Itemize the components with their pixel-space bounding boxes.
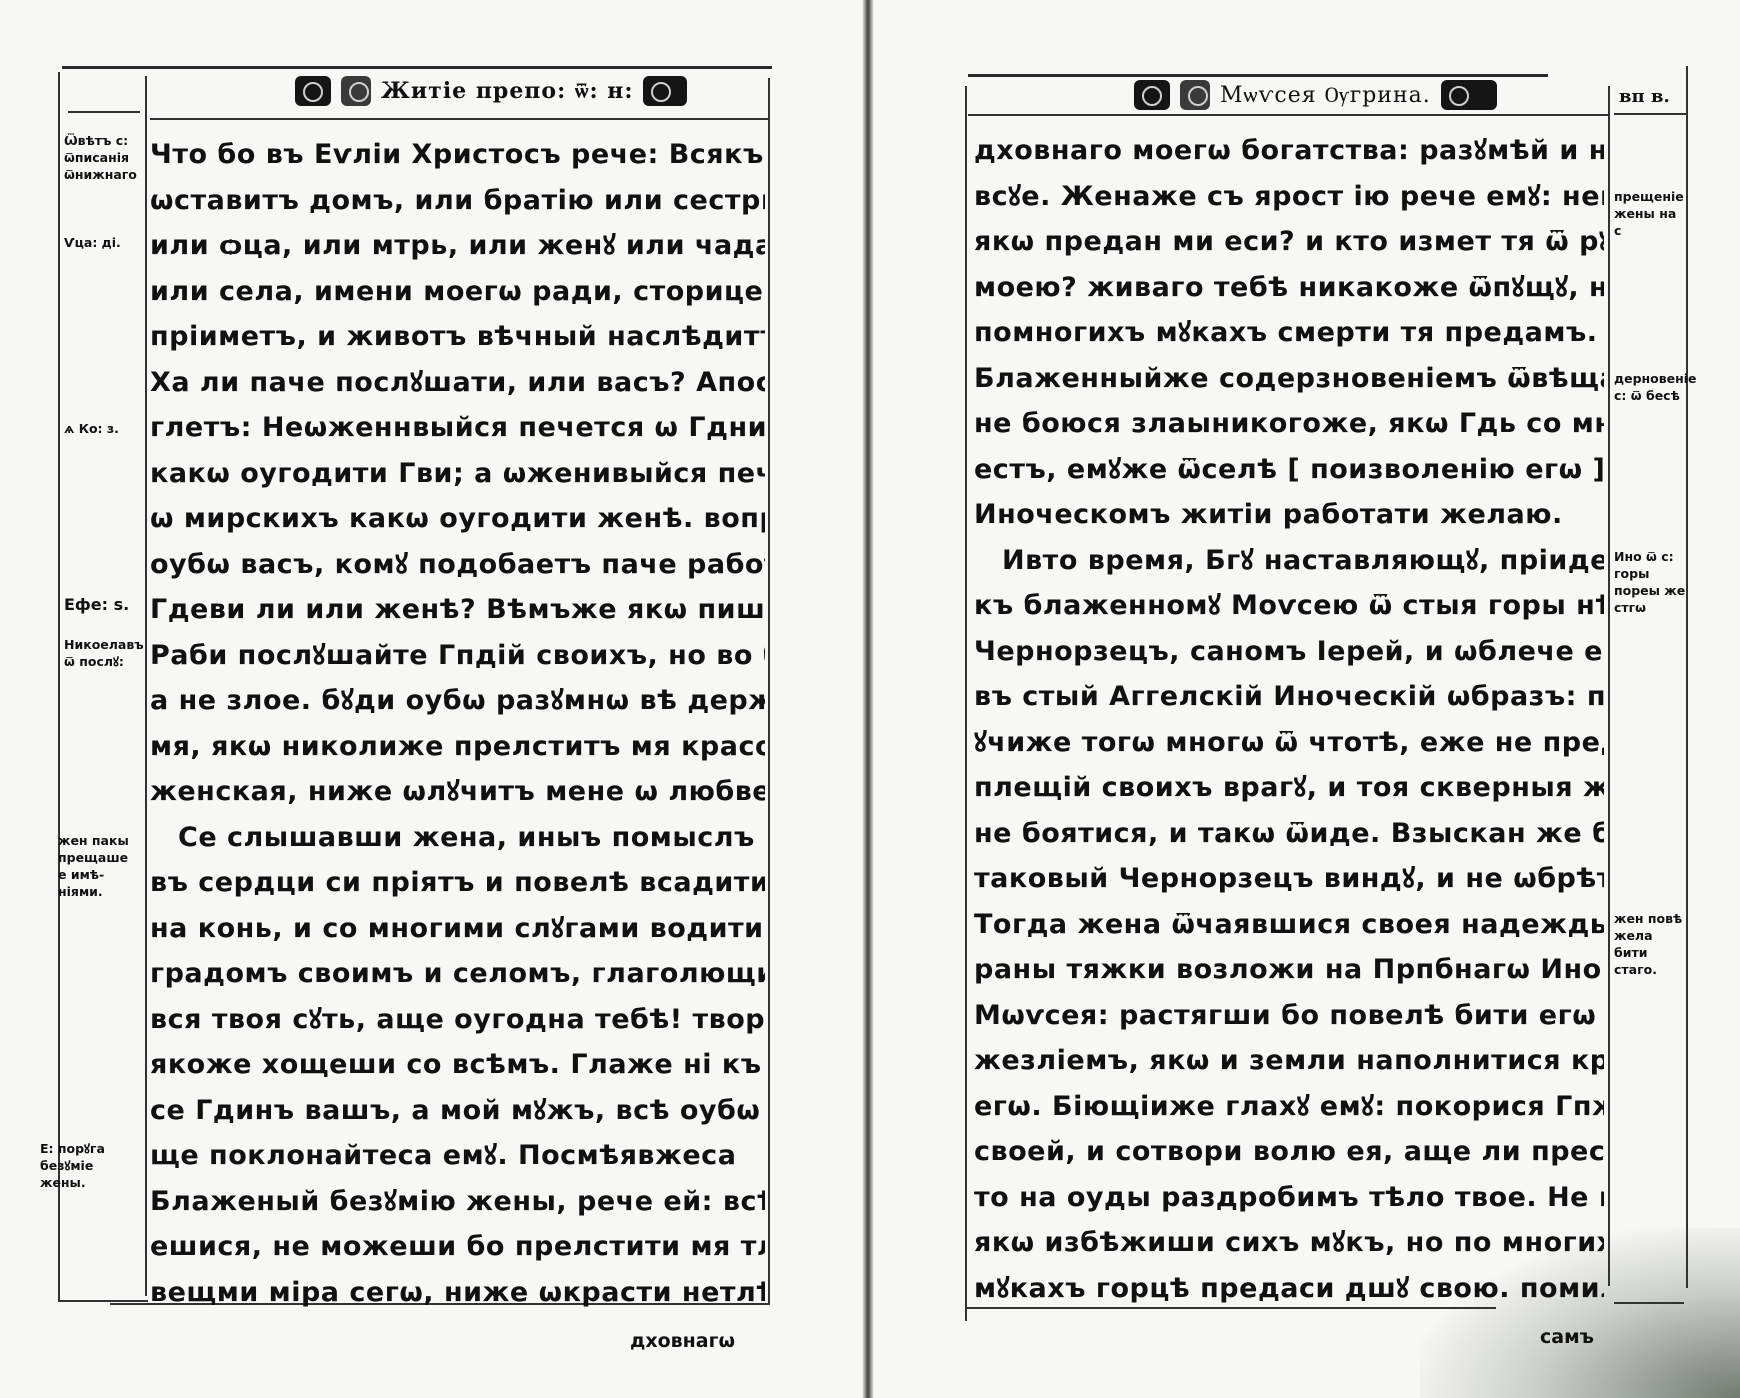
left-header-underline <box>150 118 768 120</box>
text-line: въ сердци си пріятъ и повелѣ всадити Бла… <box>150 860 765 906</box>
margin-note: жен повѣ жела бити стаго. <box>1614 910 1686 978</box>
text-line: Тогда жена ѿчаявшися своея надежды, <box>974 902 1604 948</box>
right-header-title: Мѡѵсея Ѹгрина. <box>1220 82 1431 108</box>
right-page: Мѡѵсея Ѹгрина. вп в. прещеніе жены на с … <box>874 0 1740 1398</box>
text-line: Чернорзецъ, саномъ Іерей, и ѡблече егѡ <box>974 629 1604 675</box>
margin-note: Никоелавъ ѿ послꙋ: <box>64 636 142 670</box>
right-page-outer-border <box>1686 66 1688 1288</box>
text-line: а не злое. бꙋди оубѡ разꙋмнѡ вѣ держащим <box>150 678 765 724</box>
text-line: естъ, емꙋже ѿселѣ [ поизволенію егѡ ] въ <box>974 447 1604 493</box>
text-line: вся твоя сꙋть, аще оугодна тебѣ! твори <box>150 997 765 1043</box>
text-line: якѡ избѣжиши сихъ мꙋкъ, но по многихъ <box>974 1220 1604 1266</box>
text-line: мꙋкахъ горцѣ предаси дшꙋ свою. помилꙋй <box>974 1266 1604 1312</box>
text-line: Иноческомъ житіи работати желаю. <box>974 492 1604 538</box>
text-line: всꙋе. Женаже съ ярост ію рече емꙋ: невѣс… <box>974 174 1604 220</box>
text-line: ꙋчиже тогѡ многѡ ѿ чтотѣ, еже не предати <box>974 720 1604 766</box>
text-line: глетъ: Неѡженнвыйся печется ѡ Гдниихъ, <box>150 405 765 451</box>
text-line: Что бо въ Еѵліи Христосъ рече: Всякъ иже <box>150 132 765 178</box>
headpiece-ornament-icon <box>295 76 331 106</box>
text-line: пріиметъ, и животъ вѣчный наслѣдитъ. <box>150 314 765 360</box>
margin-note: Ино ѿ с: горы пореы же стгѡ <box>1614 548 1686 616</box>
text-line: се Гдинъ вашъ, а мой мꙋжъ, всѣ оубѡ стрѣ… <box>150 1088 765 1134</box>
text-line: ще поклонайтеса емꙋ. Посмѣявжеса <box>150 1133 765 1179</box>
text-line: не боюся злаыникогоже, якѡ Гдь со мною <box>974 401 1604 447</box>
text-line: плещій своихъ врагꙋ, и тоя скверныя жены <box>974 765 1604 811</box>
margin-note: дерновеніе с: ѿ бесѣ <box>1614 370 1686 404</box>
margin-note: прещеніе жены на с <box>1614 188 1686 239</box>
text-line: таковый Чернорзецъ виндꙋ, и не ѡбрѣтенъ. <box>974 856 1604 902</box>
right-header-underline <box>968 114 1608 116</box>
margin-note: ѧ Ко: з. <box>64 420 119 437</box>
text-line: своей, и сотвори волю ея, аще ли преслꙋш… <box>974 1129 1604 1175</box>
text-line: Се слышавши жена, иныъ помыслъ лꙋкавъ <box>150 815 765 861</box>
right-margin-divider <box>1608 86 1610 1286</box>
text-line: какѡ оугодити Гви; а ѡженивыйся печеса <box>150 451 765 497</box>
right-page-inner-border <box>965 86 967 1321</box>
headpiece-ornament-icon <box>1134 80 1170 110</box>
text-line: якоже хощеши со всѣмъ. Глаже ні къ людем… <box>150 1042 765 1088</box>
text-line: Блаженый безꙋмію жены, рече ей: всѣ трꙋж… <box>150 1179 765 1225</box>
margin-note: Е: порꙋга безꙋміе жены. <box>40 1140 126 1191</box>
headpiece-ornament-icon <box>341 76 371 106</box>
right-running-header: Мѡѵсея Ѹгрина. <box>1134 80 1497 110</box>
text-line: дховнаго моегѡ богатства: разꙋмѣй и нетр… <box>974 128 1604 174</box>
text-line: Мѡѵсея: растягши бо повелѣ бити егѡ <box>974 993 1604 1039</box>
left-margin-header-rule <box>68 111 140 113</box>
left-page-outer-border <box>58 72 60 1302</box>
text-line: или села, имени моегѡ ради, сторицею <box>150 269 765 315</box>
left-page: Житіе препо: ѿ: н: Ѿвѣтъ с: ѿписанія ѿни… <box>0 0 860 1398</box>
text-line: на конь, и со многими слꙋгами водити по <box>150 906 765 952</box>
text-line: раны тяжки возложи на Прпбнагѡ Инока <box>974 947 1604 993</box>
left-catchword: дховнагѡ <box>630 1330 735 1352</box>
text-line: Блаженныйже содерзновеніемъ ѿвѣща ей: <box>974 356 1604 402</box>
left-running-header: Житіе препо: ѿ: н: <box>295 76 687 106</box>
text-line: оубѡ васъ, комꙋ подобаетъ паче работати, <box>150 542 765 588</box>
margin-note: Ефе: ѕ. <box>64 596 129 613</box>
right-body-text: дховнаго моегѡ богатства: разꙋмѣй и нетр… <box>974 128 1604 1311</box>
text-line: Ивто время, Бгꙋ наставляющꙋ, пріиде <box>974 538 1604 584</box>
text-line: въ стый Аггелскій Иноческій ѡбразъ: по- <box>974 674 1604 720</box>
text-line: мя, якѡ николиже прелститъ мя красота <box>150 724 765 770</box>
text-line: помногихъ мꙋкахъ смерти тя предамъ. <box>974 310 1604 356</box>
left-body-text: Что бо въ Еѵліи Христосъ рече: Всякъ иже… <box>150 132 765 1315</box>
margin-note: жен пакы прещаше е имѣ- ніями. <box>58 832 138 900</box>
text-line: ѡставитъ домъ, или братію или сестры <box>150 178 765 224</box>
text-line: ѡ мирскихъ какѡ оугодити женѣ. вопрошаю <box>150 496 765 542</box>
text-line: моею? живаго тебѣ никакоже ѿпꙋщꙋ, но <box>974 265 1604 311</box>
text-line: Ха ли паче послꙋшати, или васъ? Апостолж… <box>150 360 765 406</box>
right-margin-bottom-rule <box>1614 1302 1684 1304</box>
text-line: не боятися, и такѡ ѿиде. Взыскан же бы <box>974 811 1604 857</box>
left-page-top-rule <box>62 66 772 69</box>
left-header-title: Житіе препо: ѿ: н: <box>381 78 633 104</box>
text-line: градомъ своимъ и селомъ, глаголющи емꙋ: … <box>150 951 765 997</box>
text-line: вещми міра сегѡ, ниже ѡкрасти нетлѣннаго <box>150 1270 765 1316</box>
text-line: Раби послꙋшайте Гпдій своихъ, но во благ… <box>150 633 765 679</box>
text-line: егѡ. Біющіиже глахꙋ емꙋ: покорися Гпжи <box>974 1084 1604 1130</box>
text-line: или ѻца, или мтрь, или женꙋ или чада <box>150 223 765 269</box>
text-line: жезліемъ, якѡ и земли наполнитися крови <box>974 1038 1604 1084</box>
book-gutter <box>862 0 874 1398</box>
text-line: ешися, не можеши бо прелстити мя тлѣнным… <box>150 1224 765 1270</box>
left-page-bottom-rule <box>58 1300 148 1302</box>
text-line: къ блаженномꙋ Моѵсею ѿ стыя горы нѣкій <box>974 583 1604 629</box>
right-page-top-rule <box>968 74 1548 77</box>
text-line: Гдеви ли или женѣ? Вѣмъже якѡ пишетъ и с… <box>150 587 765 633</box>
text-line: якѡ предан ми еси? и кто измет тя ѿ рꙋкꙋ <box>974 219 1604 265</box>
right-catchword: самъ <box>1540 1326 1594 1348</box>
margin-note: Ѵца: ді. <box>64 234 121 251</box>
text-line: то на оуды раздробимъ тѣло твое. Не мни … <box>974 1175 1604 1221</box>
headpiece-ornament-icon <box>643 76 687 106</box>
left-page-inner-border <box>768 78 770 1303</box>
right-folio-underline <box>1614 113 1686 115</box>
margin-note: Ѿвѣтъ с: ѿписанія ѿнижнаго <box>64 132 142 183</box>
folio-number: вп в. <box>1619 86 1670 107</box>
text-line: женская, ниже ѡлꙋчитъ мене ѡ любве Хвы. <box>150 769 765 815</box>
headpiece-ornament-icon <box>1180 80 1210 110</box>
left-margin-divider <box>145 76 147 1296</box>
headpiece-ornament-icon <box>1441 80 1497 110</box>
